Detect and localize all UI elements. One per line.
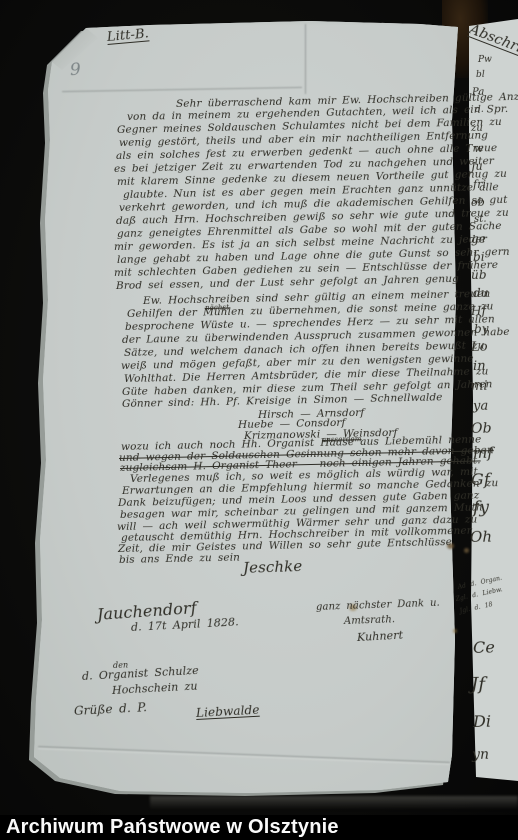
handwritten-fragment: Jf	[471, 676, 485, 694]
handwritten-fragment: Di	[473, 714, 491, 730]
archive-caption-bar: Archiwum Państwowe w Olsztynie	[0, 815, 518, 840]
handwritten-line: nächst	[205, 304, 229, 312]
handwritten-footer-line: Grüße d. P.	[74, 701, 148, 717]
archive-photo: Abschrift PwblPad.zuwJufriobst.gebiübduH…	[0, 0, 518, 840]
handwritten-fragment: Pw	[478, 56, 492, 65]
handwritten-fragment: yn	[472, 748, 489, 762]
handwritten-line: Jeschke	[243, 559, 303, 576]
page-bottom-edge	[150, 796, 518, 809]
handwritten-footer-line: Amtsrath.	[344, 615, 395, 627]
handwritten-line: ausserdem	[322, 436, 362, 444]
archive-caption: Archiwum Państwowe w Olsztynie	[0, 816, 339, 839]
stain	[464, 548, 469, 553]
handwritten-footer-line: Kuhnert	[357, 630, 404, 643]
handwritten-fragment: Oh	[470, 530, 492, 545]
page-number: 9	[69, 60, 81, 81]
handwritten-line: bis ans Ende zu sein	[119, 552, 240, 565]
paper-crease	[305, 24, 306, 94]
handwritten-fragment: bl	[476, 71, 485, 80]
handwritten-fragment: ya	[473, 400, 489, 413]
handwritten-fragment: Ce	[473, 640, 495, 656]
handwritten-footer-line: Liebwalde	[196, 704, 260, 719]
header-mark: Litt-B.	[106, 27, 149, 44]
stain	[453, 629, 457, 633]
